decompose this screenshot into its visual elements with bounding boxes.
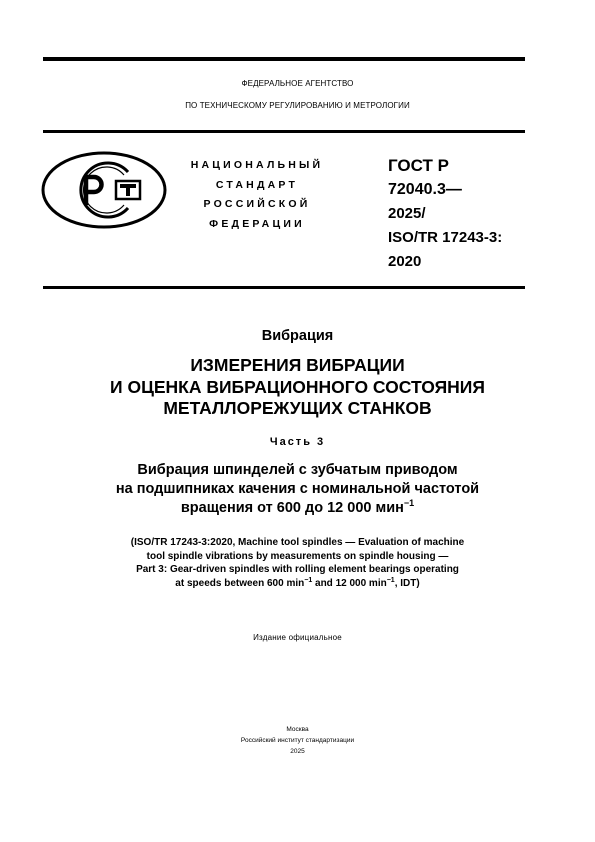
iso-line: Part 3: Gear-driven spindles with rollin…: [0, 563, 595, 577]
publisher-institute: Российский институт стандартизации: [0, 735, 595, 746]
subtitle-text: вращения от 600 до 12 000 мин: [181, 500, 404, 516]
agency-line-1: ФЕДЕРАЛЬНОЕ АГЕНТСТВО: [0, 79, 595, 88]
middle-rule: [43, 130, 525, 133]
designation-line: 2025/: [388, 202, 502, 226]
top-rule: [43, 57, 525, 61]
title-line: МЕТАЛЛОРЕЖУЩИХ СТАНКОВ: [0, 398, 595, 420]
iso-line: (ISO/TR 17243-3:2020, Machine tool spind…: [0, 536, 595, 550]
iso-text: , IDT): [395, 578, 420, 589]
iso-reference: (ISO/TR 17243-3:2020, Machine tool spind…: [0, 536, 595, 590]
designation-line: ISO/TR 17243-3:: [388, 226, 502, 250]
iso-line: at speeds between 600 min−1 and 12 000 m…: [0, 577, 595, 591]
iso-text: and 12 000 min: [312, 578, 386, 589]
subtitle-line: на подшипниках качения с номинальной час…: [0, 480, 595, 499]
subtitle-line: Вибрация шпинделей с зубчатым приводом: [0, 461, 595, 480]
superscript: −1: [387, 577, 395, 584]
document-subtitle: Вибрация шпинделей с зубчатым приводом н…: [0, 461, 595, 518]
iso-line: tool spindle vibrations by measurements …: [0, 550, 595, 564]
bottom-rule: [43, 286, 525, 289]
standard-type-line: СТАНДАРТ: [186, 176, 328, 196]
official-edition-label: Издание официальное: [0, 633, 595, 642]
standard-designation: ГОСТ Р 72040.3— 2025/ ISO/TR 17243-3: 20…: [388, 154, 502, 274]
gost-r-logo-icon: [40, 150, 170, 232]
designation-line: 2020: [388, 250, 502, 274]
title-line: И ОЦЕНКА ВИБРАЦИОННОГО СОСТОЯНИЯ: [0, 377, 595, 399]
standard-type-line: НАЦИОНАЛЬНЫЙ: [186, 156, 328, 176]
agency-line-2: ПО ТЕХНИЧЕСКОМУ РЕГУЛИРОВАНИЮ И МЕТРОЛОГ…: [0, 101, 595, 110]
standard-type-line: РОССИЙСКОЙ: [186, 195, 328, 215]
subtitle-line: вращения от 600 до 12 000 мин−1: [0, 499, 595, 518]
superscript: −1: [404, 498, 414, 508]
part-number: Часть 3: [0, 436, 595, 448]
designation-line: 72040.3—: [388, 178, 502, 202]
document-title: ИЗМЕРЕНИЯ ВИБРАЦИИ И ОЦЕНКА ВИБРАЦИОННОГ…: [0, 355, 595, 420]
iso-text: at speeds between 600 min: [175, 578, 304, 589]
standard-type-line: ФЕДЕРАЦИИ: [186, 215, 328, 235]
publisher-info: Москва Российский институт стандартизаци…: [0, 724, 595, 757]
publication-year: 2025: [0, 746, 595, 757]
title-line: ИЗМЕРЕНИЯ ВИБРАЦИИ: [0, 355, 595, 377]
publisher-city: Москва: [0, 724, 595, 735]
designation-line: ГОСТ Р: [388, 154, 502, 178]
national-standard-label: НАЦИОНАЛЬНЫЙ СТАНДАРТ РОССИЙСКОЙ ФЕДЕРАЦ…: [186, 156, 328, 234]
document-category: Вибрация: [0, 328, 595, 344]
